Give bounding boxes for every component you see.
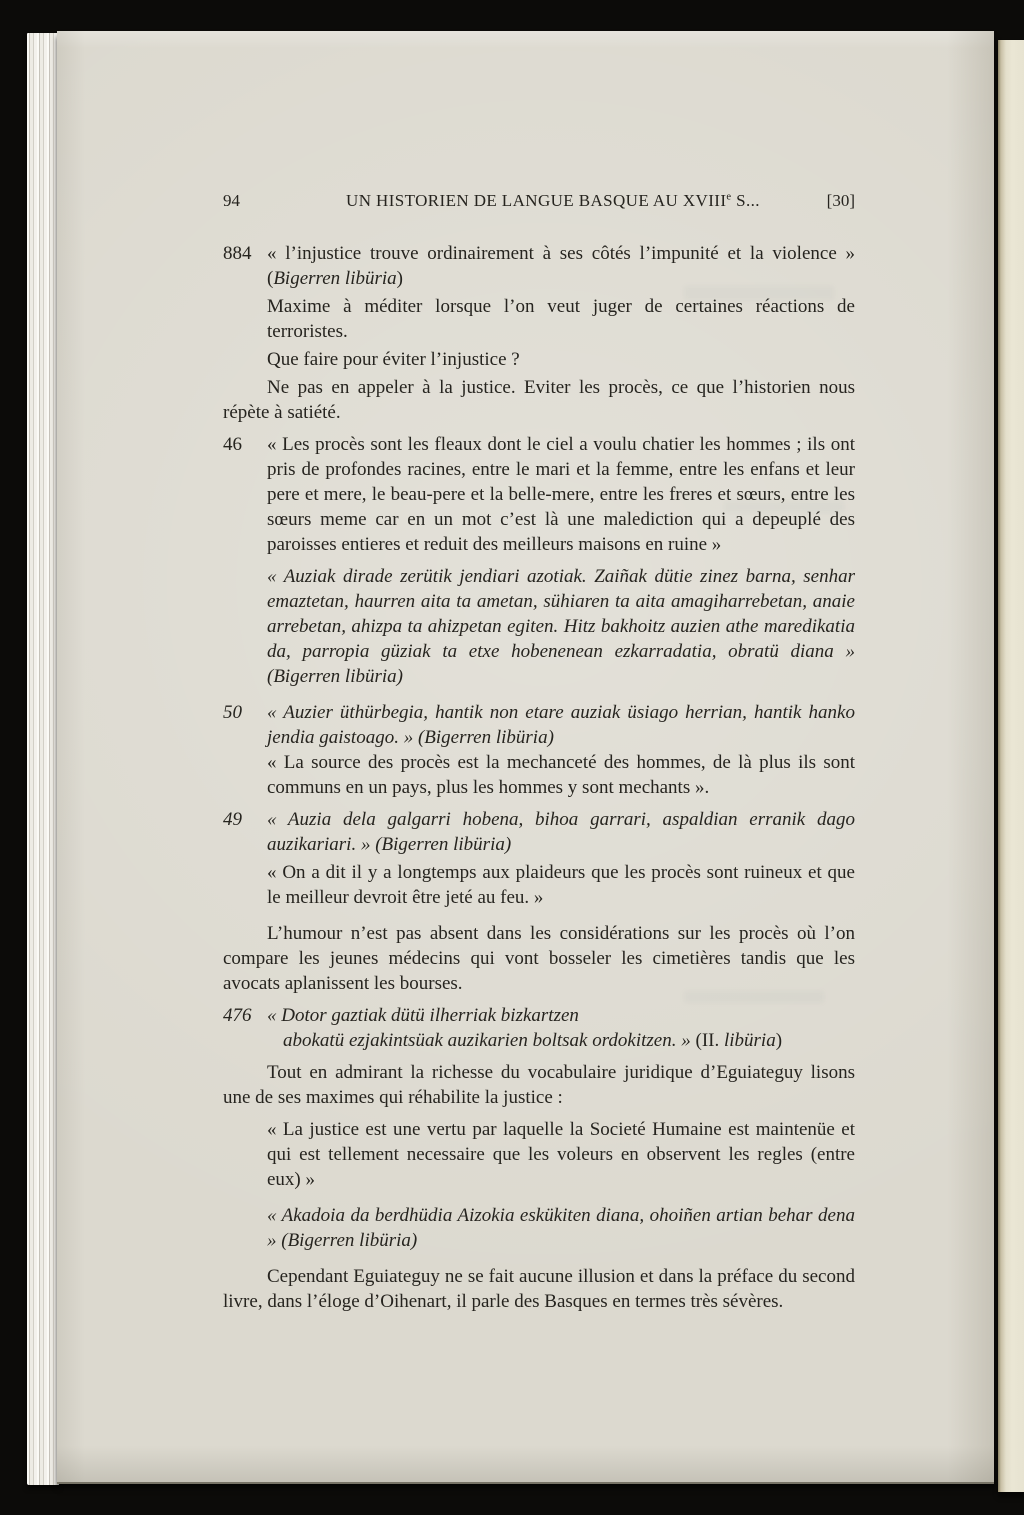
- maxim-number: 50: [223, 700, 242, 725]
- maxim-basque-text: « Auziak dirade zerütik jendiari azotiak…: [267, 564, 855, 689]
- quote-akadoia-basque: « Akadoia da berdhüdia Aizokia eskükiten…: [267, 1203, 855, 1253]
- commentary-paragraph: L’humour n’est pas absent dans les consi…: [223, 921, 855, 996]
- commentary-paragraph: Tout en admirant la richesse du vocabula…: [223, 1060, 855, 1110]
- commentary-paragraph: Ne pas en appeler à la justice. Eviter l…: [223, 375, 855, 425]
- maxim-basque-text: « Auzia dela galgarri hobena, bihoa garr…: [267, 809, 855, 855]
- verse-line-2-ref-open: (II.: [696, 1030, 724, 1051]
- commentary-paragraph: Maxime à méditer lorsque l’on veut juger…: [267, 294, 855, 344]
- commentary-paragraph: Que faire pour éviter l’injustice ?: [267, 347, 855, 372]
- bracket-folio-number: [30]: [795, 191, 855, 211]
- book-page-edges: [27, 33, 59, 1485]
- maxim-text-close: ): [397, 268, 403, 289]
- maxim-item-46: 46« Les procès sont les fleaux dont le c…: [267, 432, 855, 689]
- commentary-paragraph: Cependant Eguiateguy ne se fait aucune i…: [223, 1264, 855, 1314]
- running-header: 94 UN HISTORIEN DE LANGUE BASQUE AU XVII…: [223, 191, 855, 211]
- page-showthrough: [684, 991, 824, 1003]
- maxim-number: 49: [223, 807, 242, 832]
- verse-line-2-ref-italic: libüria: [724, 1030, 776, 1051]
- maxim-item-884: 884« l’injustice trouve ordinairement à …: [267, 241, 855, 291]
- running-title: UN HISTORIEN DE LANGUE BASQUE AU XVIIIe …: [311, 191, 795, 211]
- next-page-edge: [998, 40, 1024, 1492]
- verse-line-2-ref-close: ): [776, 1030, 782, 1051]
- maxim-french-translation: « On a dit il y a longtemps aux plaideur…: [267, 860, 855, 910]
- page-number: 94: [223, 191, 311, 211]
- maxim-french-translation: « La source des procès est la mechanceté…: [267, 750, 855, 800]
- page-body: 884« l’injustice trouve ordinairement à …: [223, 241, 855, 1314]
- maxim-basque-text: « Auzier üthürbegia, hantik non etare au…: [267, 702, 855, 748]
- maxim-source-italic: Bigerren libüria: [273, 268, 396, 289]
- verse-line-2-basque: abokatü ezjakintsüak auzikarien boltsak …: [283, 1030, 696, 1051]
- quote-justice-french: « La justice est une vertu par laquelle …: [267, 1117, 855, 1192]
- maxim-number: 46: [223, 432, 242, 457]
- maxim-french-text: « Les procès sont les fleaux dont le cie…: [267, 434, 855, 555]
- running-title-main: UN HISTORIEN DE LANGUE BASQUE AU XVIII: [346, 191, 726, 210]
- maxim-number: 476: [223, 1003, 252, 1028]
- running-title-tail: S...: [731, 191, 759, 210]
- maxim-item-476: 476 « Dotor gaztiak dütü ilherriak bizka…: [267, 1003, 855, 1053]
- maxim-item-50: 50« Auzier üthürbegia, hantik non etare …: [267, 700, 855, 800]
- photo-backdrop: 94 UN HISTORIEN DE LANGUE BASQUE AU XVII…: [0, 0, 1024, 1515]
- verse-line-2: abokatü ezjakintsüak auzikarien boltsak …: [283, 1028, 855, 1053]
- maxim-item-49: 49« Auzia dela galgarri hobena, bihoa ga…: [267, 807, 855, 910]
- verse-line-1: « Dotor gaztiak dütü ilherriak bizkartze…: [267, 1003, 855, 1028]
- book-page: 94 UN HISTORIEN DE LANGUE BASQUE AU XVII…: [57, 31, 994, 1482]
- maxim-number: 884: [223, 241, 252, 266]
